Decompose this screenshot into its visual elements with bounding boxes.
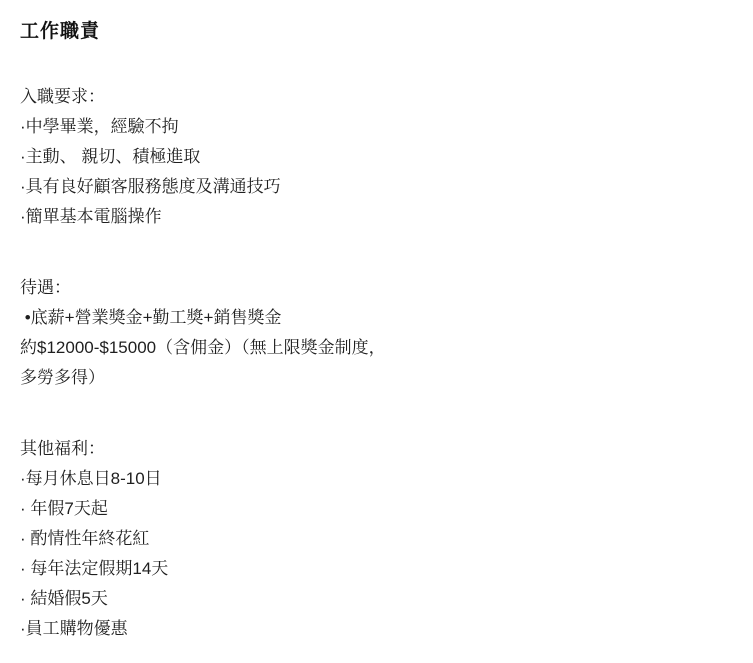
text-line: ·每月休息日8-10日	[20, 464, 733, 494]
section-requirements: 入職要求：·中學畢業，經驗不拘·主動、 親切、積極進取·具有良好顧客服務態度及溝…	[20, 82, 733, 232]
text-line: · 結婚假5天	[20, 584, 733, 614]
section-compensation: 待遇： •底薪+營業獎金+勤工獎+銷售獎金約$12000-$15000（含佣金）…	[20, 273, 733, 393]
section-benefits: 其他福利：·每月休息日8-10日· 年假7天起· 酌情性年終花紅· 每年法定假期…	[20, 434, 733, 644]
text-line: · 年假7天起	[20, 494, 733, 524]
text-line: ·具有良好顧客服務態度及溝通技巧	[20, 172, 733, 202]
text-line: 多勞多得）	[20, 363, 733, 393]
job-description-body: 入職要求：·中學畢業，經驗不拘·主動、 親切、積極進取·具有良好顧客服務態度及溝…	[20, 82, 733, 644]
text-line: ·簡單基本電腦操作	[20, 202, 733, 232]
text-line: 入職要求：	[20, 82, 733, 112]
job-description-page: 工作職責 入職要求：·中學畢業，經驗不拘·主動、 親切、積極進取·具有良好顧客服…	[0, 0, 753, 644]
text-line: ·中學畢業，經驗不拘	[20, 112, 733, 142]
text-line: 待遇：	[20, 273, 733, 303]
text-line: •底薪+營業獎金+勤工獎+銷售獎金	[20, 303, 733, 333]
text-line: · 酌情性年終花紅	[20, 524, 733, 554]
text-line: 約$12000-$15000（含佣金）（無上限獎金制度，	[20, 333, 733, 363]
text-line: 其他福利：	[20, 434, 733, 464]
text-line: ·員工購物優惠	[20, 614, 733, 644]
text-line: · 每年法定假期14天	[20, 554, 733, 584]
page-title: 工作職責	[20, 18, 733, 45]
text-line: ·主動、 親切、積極進取	[20, 142, 733, 172]
